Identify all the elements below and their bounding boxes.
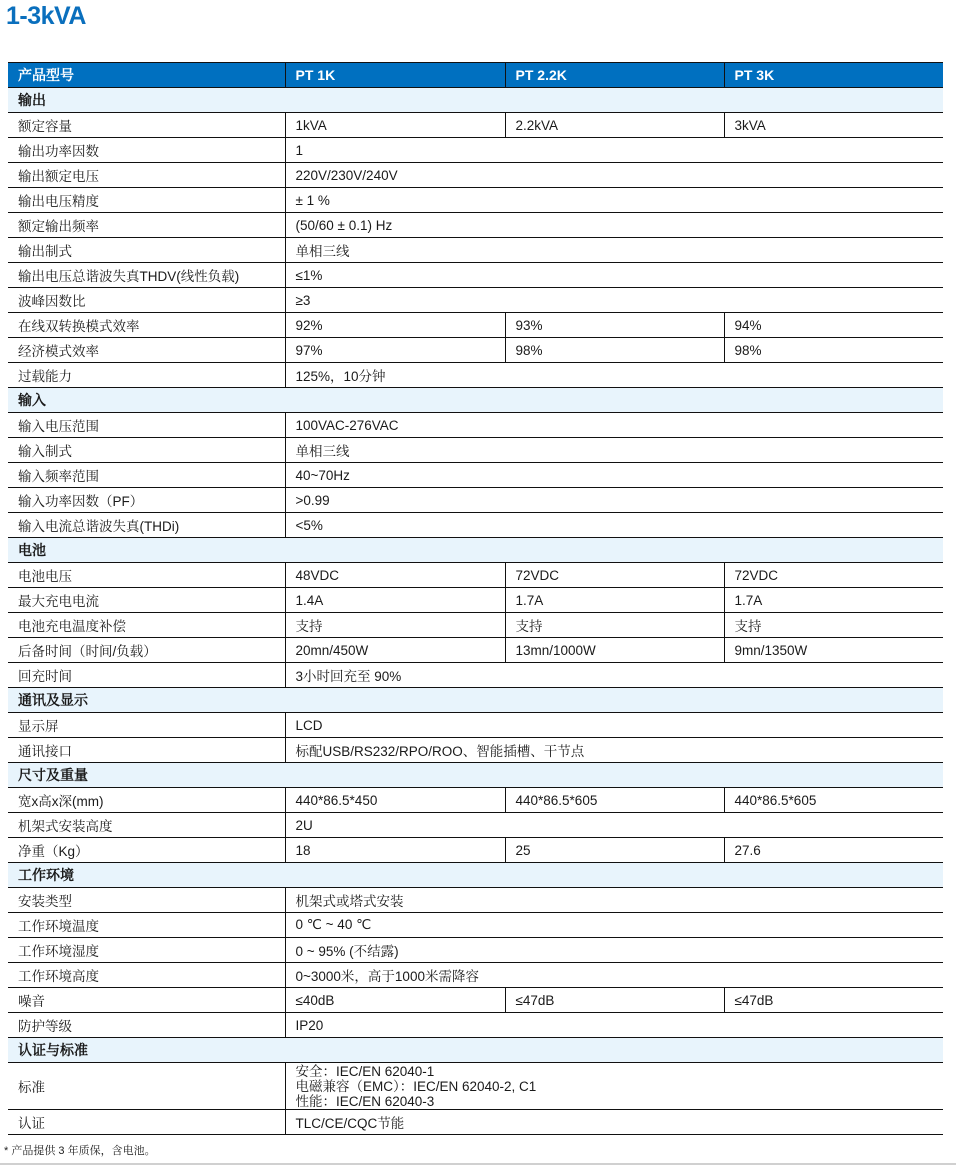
table-row: 额定容量1kVA2.2kVA3kVA — [8, 113, 943, 138]
table-row: 通讯接口标配USB/RS232/RPO/ROO、智能插槽、干节点 — [8, 738, 943, 763]
table-row: 输入电流总谐波失真(THDi)<5% — [8, 513, 943, 538]
row-value: ≤1% — [285, 263, 943, 288]
row-value: >0.99 — [285, 488, 943, 513]
row-value: 单相三线 — [285, 438, 943, 463]
row-value: 18 — [285, 838, 505, 863]
table-row: 输出电压总谐波失真THDV(线性负载)≤1% — [8, 263, 943, 288]
row-value: 97% — [285, 338, 505, 363]
table-header-row: 产品型号 PT 1K PT 2.2K PT 3K — [8, 63, 943, 88]
table-row: 标准安全：IEC/EN 62040-1电磁兼容（EMC）：IEC/EN 6204… — [8, 1063, 943, 1110]
section-title: 认证与标准 — [8, 1038, 943, 1063]
row-label: 回充时间 — [8, 663, 285, 688]
section-row: 输出 — [8, 88, 943, 113]
row-value: 1 — [285, 138, 943, 163]
table-row: 输出额定电压220V/230V/240V — [8, 163, 943, 188]
row-value: 0 ℃ ~ 40 ℃ — [285, 913, 943, 938]
table-row: 工作环境湿度0 ~ 95% (不结露) — [8, 938, 943, 963]
row-label: 工作环境湿度 — [8, 938, 285, 963]
spec-table: 产品型号 PT 1K PT 2.2K PT 3K 输出额定容量1kVA2.2kV… — [8, 62, 943, 1135]
row-value: 1.4A — [285, 588, 505, 613]
row-value: 支持 — [505, 613, 724, 638]
row-value: 支持 — [724, 613, 943, 638]
row-value: 单相三线 — [285, 238, 943, 263]
section-title: 输出 — [8, 88, 943, 113]
row-value: 98% — [505, 338, 724, 363]
row-value: 0~3000米，高于1000米需降容 — [285, 963, 943, 988]
row-value: 3小时回充至 90% — [285, 663, 943, 688]
row-value-line: 电磁兼容（EMC）：IEC/EN 62040-2, C1 — [296, 1079, 944, 1094]
row-value: 440*86.5*605 — [724, 788, 943, 813]
section-row: 认证与标准 — [8, 1038, 943, 1063]
table-row: 后备时间（时间/负载）20mn/450W13mn/1000W9mn/1350W — [8, 638, 943, 663]
row-label: 在线双转换模式效率 — [8, 313, 285, 338]
section-row: 输入 — [8, 388, 943, 413]
table-row: 最大充电电流1.4A1.7A1.7A — [8, 588, 943, 613]
row-label: 净重（Kg） — [8, 838, 285, 863]
header-cell-pt3k: PT 3K — [724, 63, 943, 88]
row-value: <5% — [285, 513, 943, 538]
row-value: 1.7A — [724, 588, 943, 613]
table-row: 输出功率因数1 — [8, 138, 943, 163]
row-value: 440*86.5*450 — [285, 788, 505, 813]
table-row: 认证TLC/CE/CQC节能 — [8, 1110, 943, 1135]
row-label: 波峰因数比 — [8, 288, 285, 313]
section-row: 电池 — [8, 538, 943, 563]
page-title: 1-3kVA — [6, 2, 86, 31]
row-label: 输出额定电压 — [8, 163, 285, 188]
table-row: 输入功率因数（PF）>0.99 — [8, 488, 943, 513]
section-title: 输入 — [8, 388, 943, 413]
row-label: 宽x高x深(mm) — [8, 788, 285, 813]
row-value: 1kVA — [285, 113, 505, 138]
table-row: 输入制式单相三线 — [8, 438, 943, 463]
row-value: ± 1 % — [285, 188, 943, 213]
row-value-multiline: 安全：IEC/EN 62040-1电磁兼容（EMC）：IEC/EN 62040-… — [285, 1063, 943, 1110]
row-label: 额定输出频率 — [8, 213, 285, 238]
table-row: 噪音≤40dB≤47dB≤47dB — [8, 988, 943, 1013]
table-row: 电池充电温度补偿支持支持支持 — [8, 613, 943, 638]
table-row: 经济模式效率97%98%98% — [8, 338, 943, 363]
row-value: ≤40dB — [285, 988, 505, 1013]
row-value: 支持 — [285, 613, 505, 638]
table-row: 电池电压48VDC72VDC72VDC — [8, 563, 943, 588]
table-row: 波峰因数比≥3 — [8, 288, 943, 313]
row-value: 48VDC — [285, 563, 505, 588]
table-row: 输入电压范围100VAC-276VAC — [8, 413, 943, 438]
row-label: 输出电压精度 — [8, 188, 285, 213]
row-value: (50/60 ± 0.1) Hz — [285, 213, 943, 238]
section-row: 通讯及显示 — [8, 688, 943, 713]
row-label: 后备时间（时间/负载） — [8, 638, 285, 663]
row-value: 标配USB/RS232/RPO/ROO、智能插槽、干节点 — [285, 738, 943, 763]
row-value: 220V/230V/240V — [285, 163, 943, 188]
row-value: 94% — [724, 313, 943, 338]
row-value: 72VDC — [505, 563, 724, 588]
row-label: 认证 — [8, 1110, 285, 1135]
row-label: 输入电压范围 — [8, 413, 285, 438]
row-label: 标准 — [8, 1063, 285, 1110]
row-label: 防护等级 — [8, 1013, 285, 1038]
row-label: 通讯接口 — [8, 738, 285, 763]
header-cell-model: 产品型号 — [8, 63, 285, 88]
table-row: 输出电压精度± 1 % — [8, 188, 943, 213]
table-row: 在线双转换模式效率92%93%94% — [8, 313, 943, 338]
table-row: 防护等级IP20 — [8, 1013, 943, 1038]
row-value: 40~70Hz — [285, 463, 943, 488]
row-label: 输出功率因数 — [8, 138, 285, 163]
row-label: 额定容量 — [8, 113, 285, 138]
row-value: 3kVA — [724, 113, 943, 138]
row-value: 机架式或塔式安装 — [285, 888, 943, 913]
row-label: 过载能力 — [8, 363, 285, 388]
bottom-divider — [0, 1163, 956, 1165]
row-value: LCD — [285, 713, 943, 738]
row-label: 最大充电电流 — [8, 588, 285, 613]
row-value: 20mn/450W — [285, 638, 505, 663]
row-label: 输出电压总谐波失真THDV(线性负载) — [8, 263, 285, 288]
row-label: 安装类型 — [8, 888, 285, 913]
table-row: 过载能力125%，10分钟 — [8, 363, 943, 388]
row-value: 0 ~ 95% (不结露) — [285, 938, 943, 963]
row-label: 噪音 — [8, 988, 285, 1013]
header-cell-pt1k: PT 1K — [285, 63, 505, 88]
row-value: 2.2kVA — [505, 113, 724, 138]
row-label: 输入制式 — [8, 438, 285, 463]
row-value: IP20 — [285, 1013, 943, 1038]
row-label: 电池充电温度补偿 — [8, 613, 285, 638]
row-label: 显示屏 — [8, 713, 285, 738]
section-title: 通讯及显示 — [8, 688, 943, 713]
table-row: 工作环境高度0~3000米，高于1000米需降容 — [8, 963, 943, 988]
row-label: 经济模式效率 — [8, 338, 285, 363]
row-label: 输入频率范围 — [8, 463, 285, 488]
row-value: 98% — [724, 338, 943, 363]
row-label: 机架式安装高度 — [8, 813, 285, 838]
table-row: 机架式安装高度2U — [8, 813, 943, 838]
row-value-line: 性能：IEC/EN 62040-3 — [296, 1094, 944, 1109]
row-value: 9mn/1350W — [724, 638, 943, 663]
row-value: 92% — [285, 313, 505, 338]
table-row: 工作环境温度0 ℃ ~ 40 ℃ — [8, 913, 943, 938]
row-label: 输入功率因数（PF） — [8, 488, 285, 513]
table-row: 显示屏LCD — [8, 713, 943, 738]
row-value: 440*86.5*605 — [505, 788, 724, 813]
row-value: ≥3 — [285, 288, 943, 313]
header-cell-pt2-2k: PT 2.2K — [505, 63, 724, 88]
row-label: 工作环境高度 — [8, 963, 285, 988]
row-value: 125%，10分钟 — [285, 363, 943, 388]
row-value: 93% — [505, 313, 724, 338]
section-row: 尺寸及重量 — [8, 763, 943, 788]
row-value: 72VDC — [724, 563, 943, 588]
row-value: TLC/CE/CQC节能 — [285, 1110, 943, 1135]
row-value: ≤47dB — [724, 988, 943, 1013]
table-row: 净重（Kg）182527.6 — [8, 838, 943, 863]
table-row: 额定输出频率(50/60 ± 0.1) Hz — [8, 213, 943, 238]
row-value: 13mn/1000W — [505, 638, 724, 663]
section-title: 工作环境 — [8, 863, 943, 888]
table-row: 输出制式单相三线 — [8, 238, 943, 263]
section-title: 电池 — [8, 538, 943, 563]
section-row: 工作环境 — [8, 863, 943, 888]
table-row: 安装类型机架式或塔式安装 — [8, 888, 943, 913]
section-title: 尺寸及重量 — [8, 763, 943, 788]
row-value: ≤47dB — [505, 988, 724, 1013]
footnote: * 产品提供 3 年质保，含电池。 — [4, 1142, 156, 1158]
table-row: 宽x高x深(mm)440*86.5*450440*86.5*605440*86.… — [8, 788, 943, 813]
row-value: 27.6 — [724, 838, 943, 863]
row-label: 输入电流总谐波失真(THDi) — [8, 513, 285, 538]
row-value: 100VAC-276VAC — [285, 413, 943, 438]
row-label: 输出制式 — [8, 238, 285, 263]
row-value: 1.7A — [505, 588, 724, 613]
table-row: 输入频率范围40~70Hz — [8, 463, 943, 488]
row-value: 2U — [285, 813, 943, 838]
row-label: 工作环境温度 — [8, 913, 285, 938]
table-row: 回充时间3小时回充至 90% — [8, 663, 943, 688]
row-value: 25 — [505, 838, 724, 863]
row-value-line: 安全：IEC/EN 62040-1 — [296, 1064, 944, 1079]
row-label: 电池电压 — [8, 563, 285, 588]
